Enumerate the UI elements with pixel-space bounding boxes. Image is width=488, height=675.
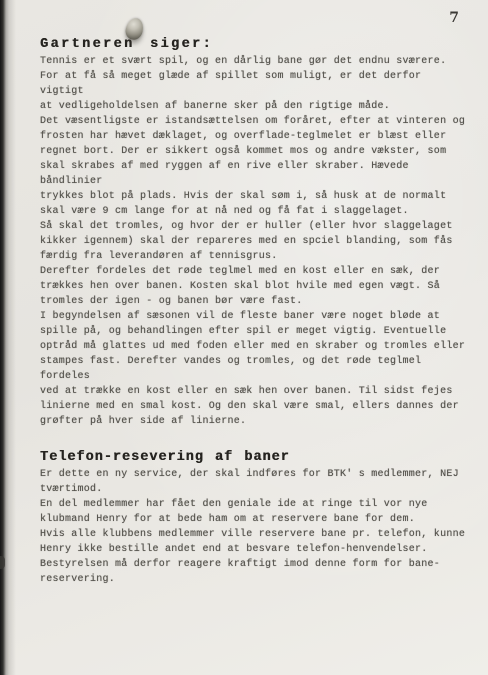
page-number: 7 — [449, 10, 460, 26]
scan-edge-shadow — [0, 0, 16, 675]
paragraph-rolling-repairs: Så skal det tromles, og hvor der er hull… — [40, 219, 468, 264]
scan-edge-mark — [0, 556, 5, 569]
paragraph-if-all-members-called: Hvis alle klubbens medlemmer ville reser… — [40, 527, 468, 557]
paragraph-tennis-intro: Tennis er et svært spil, og en dårlig ba… — [40, 54, 468, 114]
paragraph-new-service: Er dette en ny service, der skal indføre… — [40, 467, 468, 497]
scanned-document-page: 7 Gartneren siger: Tennis er et svært sp… — [0, 0, 488, 675]
paragraph-season-start-care: I begyndelsen af sæsonen vil de fleste b… — [40, 309, 468, 429]
paragraph-board-reaction: Bestyrelsen må derfor reagere kraftigt i… — [40, 557, 468, 587]
section-heading-telefon-resevering: Telefon-resevering af baner — [40, 449, 468, 467]
paragraph-spreading-teglmel: Derefter fordeles det røde teglmel med e… — [40, 264, 468, 309]
paragraph-spring-maintenance: Det væsentligste er istandsættelsen om f… — [40, 114, 468, 219]
paragraph-members-calling-henry: En del medlemmer har fået den geniale id… — [40, 497, 468, 527]
section-heading-gartneren-siger: Gartneren siger: — [40, 36, 468, 54]
